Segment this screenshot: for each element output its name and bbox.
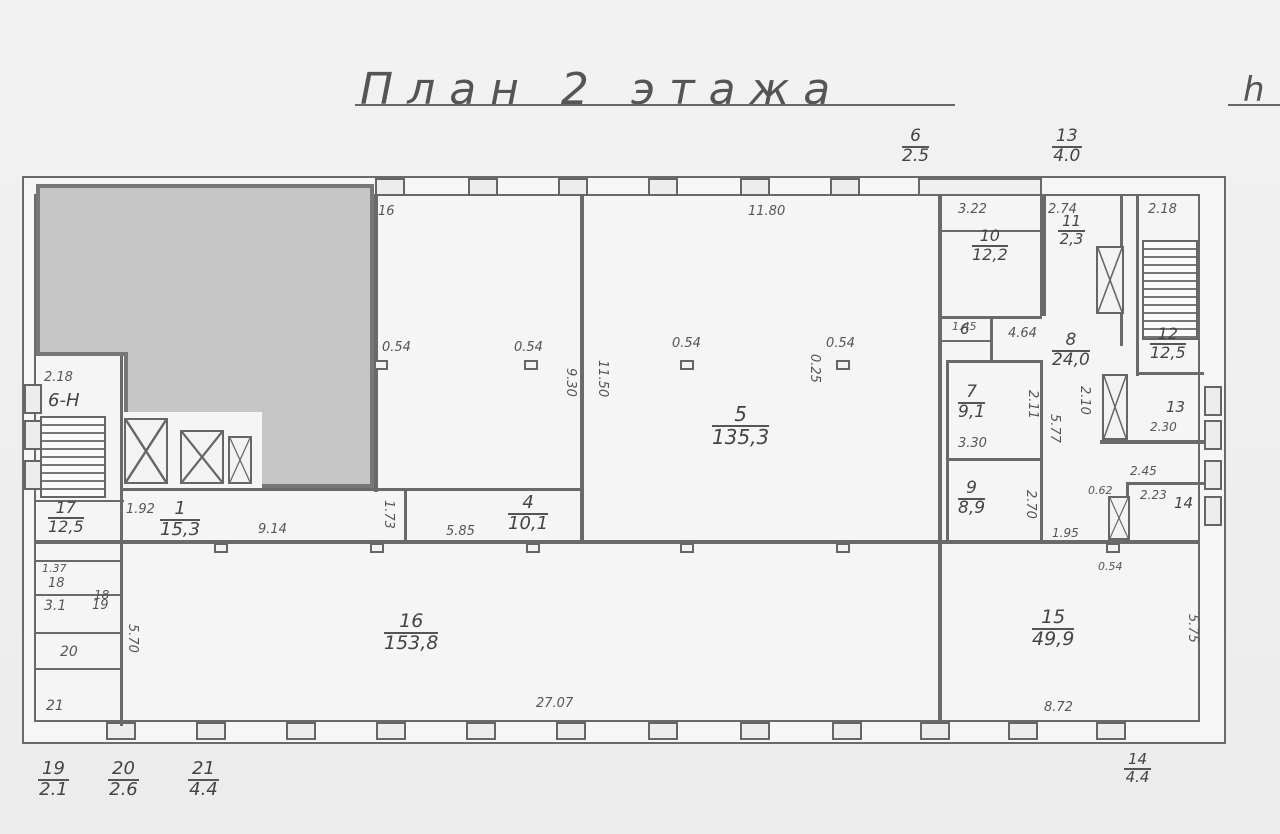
wall bbox=[1100, 440, 1204, 444]
wall bbox=[946, 458, 1040, 461]
window bbox=[468, 178, 498, 196]
room-number: 3.1 bbox=[44, 598, 66, 614]
balcony-label: 144.4 bbox=[1124, 752, 1151, 786]
dimension-label: 0.25 bbox=[807, 354, 822, 383]
dimension-label: 2.11 bbox=[1025, 390, 1040, 419]
column bbox=[214, 543, 228, 553]
column bbox=[370, 543, 384, 553]
window bbox=[740, 178, 770, 196]
elevator-shaft-icon bbox=[1108, 496, 1130, 540]
window bbox=[1204, 420, 1222, 450]
wall bbox=[1136, 196, 1139, 376]
column bbox=[524, 360, 538, 370]
column bbox=[836, 360, 850, 370]
column bbox=[374, 360, 388, 370]
elevator-shaft-icon bbox=[180, 430, 224, 484]
room-label: 824,0 bbox=[1052, 332, 1090, 370]
window bbox=[556, 722, 586, 740]
title-side-underline bbox=[1228, 104, 1280, 106]
window bbox=[286, 722, 316, 740]
window bbox=[648, 178, 678, 196]
dimension-label: 27.07 bbox=[536, 696, 573, 711]
dimension-label: 2.18 bbox=[44, 370, 73, 385]
window bbox=[740, 722, 770, 740]
elevator-shaft-icon bbox=[1096, 246, 1124, 314]
room-number: 20 bbox=[60, 644, 78, 660]
wall bbox=[946, 360, 1040, 363]
dimension-label: 3.30 bbox=[958, 436, 987, 451]
balcony-label: 62.5 bbox=[902, 128, 929, 166]
window bbox=[1008, 722, 1038, 740]
dimension-label: 2.70 bbox=[1023, 490, 1038, 519]
balcony-label: 192.1 bbox=[38, 760, 69, 800]
column bbox=[680, 543, 694, 553]
dimension-label: 0.62 bbox=[1088, 484, 1113, 497]
room-label: 14 bbox=[1170, 496, 1197, 512]
dimension-label: 0.54 bbox=[1098, 560, 1123, 573]
balcony-label: 214.4 bbox=[188, 760, 219, 800]
excluded-edge bbox=[124, 352, 128, 412]
room-label: 16153,8 bbox=[384, 612, 438, 654]
window bbox=[1204, 496, 1222, 526]
excluded-area-bottom bbox=[262, 408, 374, 488]
corridor-wall bbox=[120, 540, 1200, 544]
wall bbox=[36, 540, 124, 544]
window bbox=[376, 722, 406, 740]
room-label: 410,1 bbox=[508, 494, 548, 534]
wall bbox=[36, 632, 120, 634]
dimension-label: 2.23 bbox=[1140, 488, 1167, 502]
column bbox=[680, 360, 694, 370]
window bbox=[24, 384, 42, 414]
dimension-label: 2.30 bbox=[1150, 420, 1177, 434]
dimension-label: 5.85 bbox=[446, 524, 475, 539]
dimension-label: 2.18 bbox=[1148, 202, 1177, 217]
dimension-label: 1.92 bbox=[126, 502, 155, 517]
wall bbox=[942, 340, 992, 342]
room-label: 1012,2 bbox=[972, 228, 1008, 264]
excluded-area-top bbox=[36, 184, 374, 356]
window bbox=[830, 178, 860, 196]
dimension-label: 16 bbox=[378, 204, 395, 219]
wall-room5-right bbox=[938, 196, 942, 722]
dimension-label: 9.14 bbox=[258, 522, 287, 537]
wall bbox=[946, 360, 949, 542]
dimension-label: 8.72 bbox=[1044, 700, 1073, 715]
room-label: 13 bbox=[1162, 400, 1189, 416]
room-label: 5135,3 bbox=[712, 404, 769, 448]
room-label: 79,1 bbox=[958, 384, 985, 422]
window bbox=[375, 178, 405, 196]
wall bbox=[36, 668, 120, 670]
room-number: 18 bbox=[48, 576, 65, 591]
column bbox=[1106, 543, 1120, 553]
room-label: 1212,5 bbox=[1150, 326, 1186, 362]
dimension-label: 0.54 bbox=[382, 340, 411, 355]
dimension-label: 2.45 bbox=[1130, 464, 1157, 478]
wall bbox=[374, 196, 378, 492]
dimension-label: 1.95 bbox=[1052, 526, 1079, 540]
elevator-shaft-icon bbox=[1102, 374, 1128, 440]
dimension-label: 1.73 bbox=[381, 500, 396, 529]
column bbox=[836, 543, 850, 553]
window bbox=[1204, 460, 1222, 490]
wall bbox=[990, 316, 993, 362]
elevator-shaft-icon bbox=[228, 436, 252, 484]
room-label: 112,3 bbox=[1058, 214, 1085, 248]
balcony-label: 134.0 bbox=[1052, 128, 1082, 166]
room-label: 115,3 bbox=[160, 500, 200, 540]
balcony-label: 202.6 bbox=[108, 760, 139, 800]
column bbox=[526, 543, 540, 553]
dimension-label: 0.54 bbox=[514, 340, 543, 355]
wall bbox=[1040, 196, 1046, 316]
wall bbox=[1138, 372, 1204, 375]
excluded-area-mid bbox=[124, 352, 374, 412]
balcony-6 bbox=[918, 178, 1042, 196]
plan-title: План 2 этажа bbox=[360, 64, 844, 115]
dimension-label: 1.45 bbox=[952, 320, 977, 333]
room-label: 1549,9 bbox=[1032, 608, 1074, 650]
dimension-label: 5.70 bbox=[125, 624, 140, 653]
room-label: 1712,5 bbox=[48, 500, 84, 536]
wall bbox=[404, 488, 407, 542]
corridor-top-wall bbox=[120, 488, 580, 491]
dimension-label: 11.80 bbox=[748, 204, 785, 219]
dimension-label: 2.10 bbox=[1077, 386, 1092, 415]
dimension-label: 11.50 bbox=[595, 360, 610, 397]
dimension-label: 5.75 bbox=[1185, 614, 1200, 643]
window bbox=[466, 722, 496, 740]
excluded-edge bbox=[36, 352, 128, 356]
dimension-label: 1.37 bbox=[42, 562, 67, 575]
dimension-label: 4.64 bbox=[1008, 326, 1037, 341]
window bbox=[1096, 722, 1126, 740]
dimension-label: 9.30 bbox=[563, 368, 578, 397]
elevator-shaft-icon bbox=[124, 418, 168, 484]
wall-room5-left bbox=[580, 196, 584, 542]
window bbox=[1204, 386, 1222, 416]
window bbox=[558, 178, 588, 196]
title-underline bbox=[355, 104, 955, 106]
room-label: 98,9 bbox=[958, 480, 985, 518]
wall bbox=[1040, 360, 1043, 542]
window bbox=[920, 722, 950, 740]
dimension-label: 0.54 bbox=[826, 336, 855, 351]
window bbox=[648, 722, 678, 740]
dimension-label: 5.77 bbox=[1047, 414, 1062, 443]
dimension-label: 3.22 bbox=[958, 202, 987, 217]
room-number: 19 bbox=[92, 598, 109, 613]
room-number: 21 bbox=[46, 698, 64, 714]
window bbox=[832, 722, 862, 740]
staircase-icon bbox=[40, 416, 106, 498]
room-label: 6-Н bbox=[44, 392, 83, 411]
window bbox=[196, 722, 226, 740]
dimension-label: 2.74 bbox=[1048, 202, 1077, 217]
dimension-label: 0.54 bbox=[672, 336, 701, 351]
wall bbox=[1126, 482, 1204, 485]
